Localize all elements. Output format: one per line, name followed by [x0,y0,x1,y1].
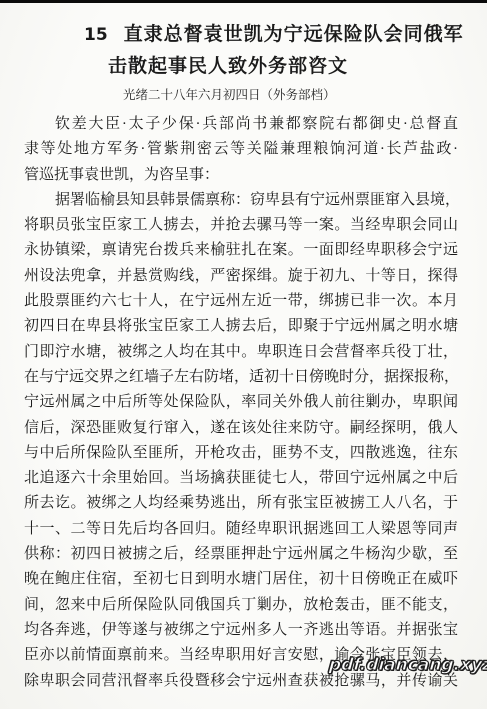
body-text-line: 间，忽来中后所保险队同俄国兵丁剿办，放枪轰击，匪不能支， [24,593,458,618]
body-text-line: 将职员张宝臣家工人掳去，并抢去骡马等一案。当经卑职会同山 [24,213,458,238]
body-text-line: 除卑职会同营汛督率兵役暨移会宁远州查获被抢骡马，并传谕关 [24,669,458,694]
scanned-document-page: 15 直隶总督袁世凯为宁远保险队会同俄军 击散起事民人致外务部咨文 光绪二十八年… [0,0,487,709]
body-text-line: 管巡抚事袁世凯，为咨呈事： [24,163,458,188]
body-text-line: 初四日在卑县将张宝臣家工人掳去后，即聚于宁远州属之明水塘 [24,314,458,339]
document-header: 15 直隶总督袁世凯为宁远保险队会同俄军 击散起事民人致外务部咨文 光绪二十八年… [0,22,487,103]
document-body: 钦差大臣·太子少保·兵部尚书兼都察院右都御史·总督直隶等处地方军务·管紫荆密云等… [24,112,458,694]
body-text-line: 所去讫。被绑之人均经乘势逃出，所有张宝臣被掳工人八名，于 [24,491,458,516]
body-text-line: 钦差大臣·太子少保·兵部尚书兼都察院右都御史·总督直 [24,112,458,137]
body-text-line: 臣亦以前情面禀前来。当经卑职用好言安慰，谕令张宝臣领去， [24,643,458,668]
document-title-line: 15 直隶总督袁世凯为宁远保险队会同俄军 [84,22,487,47]
document-number: 15 [84,23,108,47]
body-text-line: 与中后所保险队至匪所，开枪攻击，匪势不支，四散逃逸，往东 [24,441,458,466]
document-title-part2: 击散起事民人致外务部咨文 [108,54,487,78]
document-title-part1: 直隶总督袁世凯为宁远保险队会同俄军 [124,22,464,46]
body-text-line: 州设法兜拿，并悬赏购线，严密探缉。旋于初九、十等日，探得 [24,264,458,289]
scan-top-edge [0,0,487,3]
body-text-line: 晚在鲍庄住宿，至初七日到明水塘门居住，初十日傍晚正在威吓 [24,567,458,592]
body-text-line: 此股票匪约六七十人，在宁远州左近一带，绑掳已非一次。本月 [24,289,458,314]
document-dateline: 光绪二十八年六月初四日（外务部档） [123,87,487,103]
body-text-line: 门即泞水塘，被绑之人均在其中。卑职连日会营督率兵役丁壮， [24,340,458,365]
body-text-line: 据署临榆县知县韩景儒禀称：窃卑县有宁远州票匪窜入县境， [24,188,458,213]
body-text-line: 永协镇梁，禀请宪台拨兵来榆驻扎在案。一面即经卑职移会宁远 [24,238,458,263]
body-text-line: 信后，深恐匪败复行窜入，遂在该处往来防守。嗣经探明，俄人 [24,416,458,441]
body-text-line: 十一、二等日先后均各回归。随经卑职讯据逃回工人梁恩等同声 [24,517,458,542]
body-text-line: 在与宁远交界之红墙子左右防堵，适初十日傍晚时分，据探报称， [24,365,458,390]
body-text-line: 均各奔逃，伊等遂与被绑之宁远州多人一齐逃出等语。并据张宝 [24,618,458,643]
body-text-line: 隶等处地方军务·管紫荆密云等关隘兼理粮饷河道·长芦盐政· [24,137,458,162]
body-text-line: 宁远州属之中后所等处保险队，率同关外俄人前往剿办，卑职闻 [24,390,458,415]
body-text-line: 北追逐六十余里始回。当场擒获匪徒七人，带回宁远州属之中后 [24,466,458,491]
body-text-line: 供称：初四日被掳之后，经票匪押赴宁远州属之牛杨沟少歇，至 [24,542,458,567]
